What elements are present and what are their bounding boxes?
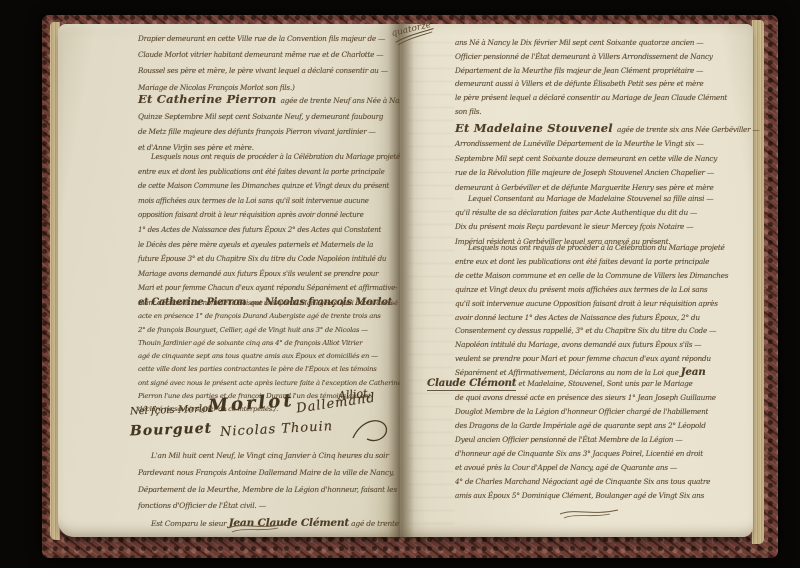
manuscript-line: quinze et Vingt deux du présent mois aff… [455, 283, 755, 297]
register-book-scan: Drapier demeurant en cette Ville rue de … [0, 0, 800, 568]
manuscript-emphasized-name: et Catherine Pierron [138, 297, 246, 308]
closing-dash-flourish-icon [558, 506, 620, 520]
manuscript-line: d'honneur agé de Cinquante Six ans 3° Ja… [455, 447, 755, 461]
right-page: ans Né à Nancy le Dix février Mil sept c… [400, 24, 753, 537]
morlot-pierron-celebration-paragraph: Lesquels nous ont requis de procéder à l… [138, 150, 400, 311]
manuscript-line: qu'il soit intervenue aucune Opposition … [455, 297, 755, 311]
manuscript-line: Mariage avons demandé aux futurs Époux s… [138, 267, 400, 282]
manuscript-line: avoir donné lecture 1° des Actes de Nais… [455, 311, 755, 325]
manuscript-line: veulent se prendre pour Mari et pour fem… [455, 352, 755, 366]
manuscript-line: acte en présence 1° de françois Durand A… [138, 310, 400, 323]
manuscript-line: Officier pensionné de l'État demeurant à… [455, 50, 755, 64]
manuscript-line: de cette Maison Commune les Dimanches qu… [138, 179, 400, 194]
morlot-consent-paragraph: Drapier demeurant en cette Ville rue de … [138, 31, 400, 96]
manuscript-line: de cette Maison commune et en celle de l… [455, 269, 755, 283]
manuscript-line: Claude Clémont et Madelaine, Stouvenel, … [427, 376, 755, 391]
manuscript-line: Et Catherine Pierron agée de trente Neuf… [138, 92, 400, 109]
manuscript-line: qu'il résulte de sa déclaration faites p… [455, 206, 755, 220]
manuscript-line: son fils. [455, 105, 755, 119]
manuscript-line: L'an Mil huit cent Neuf, le Vingt cinq J… [138, 448, 400, 465]
jean-claude-clement-paragraph: ans Né à Nancy le Dix février Mil sept c… [455, 36, 755, 119]
manuscript-line: de Metz fille majeure des défunts franço… [138, 124, 400, 140]
manuscript-line: le père présent lequel a déclaré consent… [455, 91, 755, 105]
manuscript-heading-name: Et Madelaine Stouvenel [455, 121, 617, 135]
manuscript-line: Et Madelaine Stouvenel agée de trente si… [455, 121, 755, 137]
manuscript-line: Consentement cy dessus rappellé, 3° et d… [455, 324, 755, 338]
left-page: Drapier demeurant en cette Ville rue de … [58, 24, 400, 537]
manuscript-line: Claude Morlot vitrier habitant demeurant… [138, 47, 400, 63]
manuscript-line: fonctions d'Officier de l'État civil. — [138, 498, 400, 515]
manuscript-line: 4° de Charles Marchand Négociant agé de … [455, 475, 755, 489]
manuscript-line: agé de cinquante sept ans tous quatre am… [138, 350, 400, 363]
manuscript-line: Dyeul ancien Officier pensionné de l'Éta… [455, 433, 755, 447]
manuscript-line: entre eux et dont les publications ont é… [455, 255, 755, 269]
manuscript-line: 1° des Actes de Naissance des futurs Épo… [138, 223, 400, 238]
signature-bourguet: Bourguet [130, 421, 213, 440]
manuscript-line: des Dragons de la Garde Impériale agé de… [455, 419, 755, 433]
madelaine-stouvenel-paragraph: Et Madelaine Stouvenel agée de trente si… [455, 121, 755, 195]
manuscript-line: mois affichées aux termes de la Loi sans… [138, 194, 400, 209]
manuscript-line: Douglot Membre de la Légion d'honneur Of… [455, 405, 755, 419]
manuscript-line: Lesquels nous ont requis de procéder à l… [455, 241, 755, 255]
manuscript-line: Roussel ses père et mère, le père vivant… [138, 63, 400, 79]
signature-nicolas-thouin: Nicolas Thouin [220, 419, 334, 440]
manuscript-line: rue de la Révolution fille majeure de Jo… [455, 166, 755, 180]
manuscript-line: le Décès des père mère ayeuls et ayeules… [138, 238, 400, 253]
manuscript-line: Département de la Meurthe, Membre de la … [138, 482, 400, 499]
catherine-pierron-paragraph: Et Catherine Pierron agée de trente Neuf… [138, 92, 400, 155]
signature-paraph-flourish-icon [350, 414, 392, 448]
manuscript-line: Lequel Consentant au Mariage de Madelain… [455, 192, 755, 206]
clement-stouvenel-celebration-paragraph: Lesquels nous ont requis de procéder à l… [455, 241, 755, 380]
manuscript-line: 2° de françois Bourguet, Cellier, agé de… [138, 324, 400, 337]
manuscript-line: Thouin Jardinier agé de soixante cinq an… [138, 337, 400, 350]
manuscript-line: et avoué près la Cour d'Appel de Nancy, … [455, 461, 755, 475]
manuscript-line: Lesquels nous ont requis de procéder à l… [138, 150, 400, 165]
manuscript-line: Arrondissement de Lunéville Département … [455, 137, 755, 151]
manuscript-line: Pardevant nous François Antoine Dalleman… [138, 465, 400, 482]
manuscript-line: opposition faisant droit à leur réquisit… [138, 208, 400, 223]
manuscript-line: Drapier demeurant en cette Ville rue de … [138, 31, 400, 47]
manuscript-line: ans Né à Nancy le Dix février Mil sept c… [455, 36, 755, 50]
manuscript-line: Septembre Mil sept cent Soixante douze d… [455, 152, 755, 166]
manuscript-heading-name: Et Catherine Pierron [138, 92, 281, 106]
manuscript-line: Quinze Septembre Mil sept cent Soixante … [138, 109, 400, 125]
manuscript-line: de quoi avons dressé acte en présence de… [455, 391, 755, 405]
manuscript-line: Napoléon intitulé du Mariage, avons dema… [455, 338, 755, 352]
manuscript-line: Mari et pour femme Chacun d'eux ayant ré… [138, 281, 400, 296]
closing-dash-flourish-icon [226, 520, 288, 534]
manuscript-line: demeurant aussi à Villers et de défunte … [455, 77, 755, 91]
manuscript-line: et Catherine Pierron sont unis par le Ma… [138, 296, 400, 310]
manuscript-line: cette ville dont les parties contractant… [138, 363, 400, 376]
manuscript-emphasized-name: Claude Clémont [427, 377, 516, 391]
manuscript-line: future Épouse 3° et du Chapitre Six du t… [138, 252, 400, 267]
manuscript-line: entre eux et dont les publications ont é… [138, 165, 400, 180]
manuscript-line: amis aux Époux 5° Dominique Clément, Bou… [455, 489, 755, 503]
ink-bleedthrough [408, 42, 454, 528]
clement-stouvenel-union-paragraph: Claude Clémont et Madelaine, Stouvenel, … [455, 376, 755, 503]
manuscript-line: Département de la Meurthe fils majeur de… [455, 64, 755, 78]
manuscript-line: Dix du présent mois Reçu pardevant le si… [455, 220, 755, 234]
